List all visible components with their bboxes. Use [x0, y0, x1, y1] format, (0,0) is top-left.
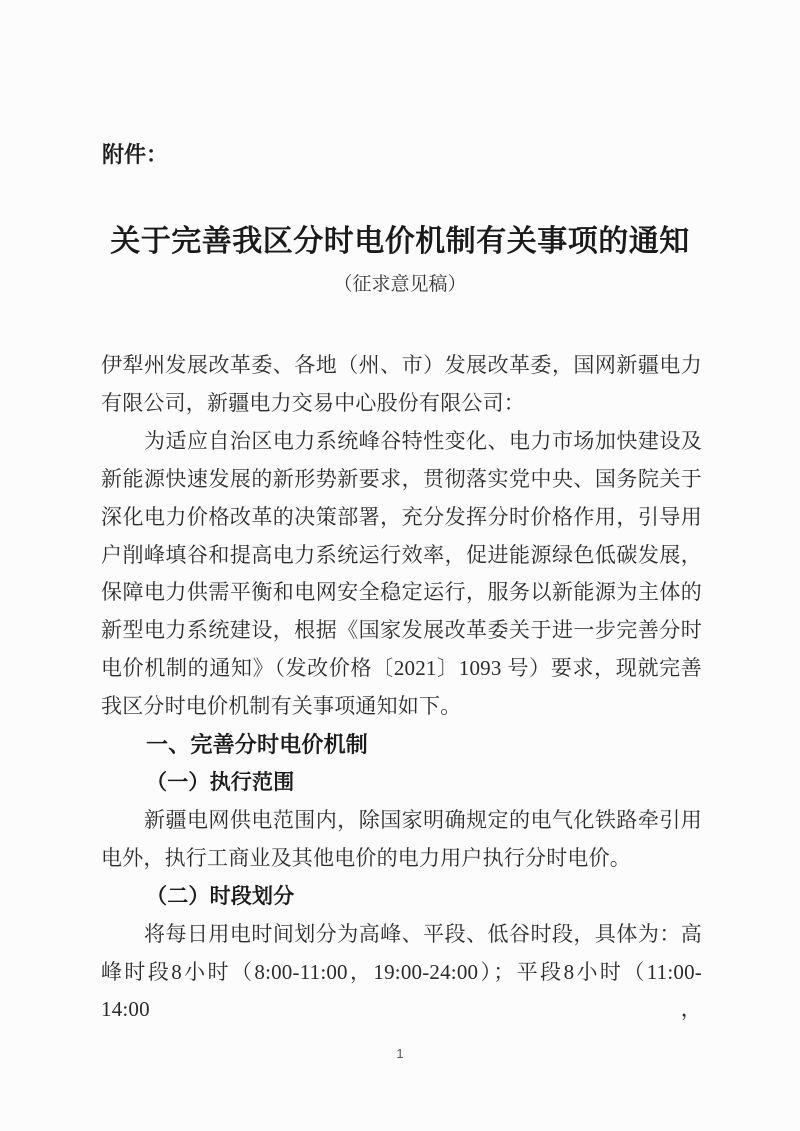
body-line: 我区分时电价机制有关事项通知如下。 — [101, 688, 702, 726]
subsection-heading: （二）时段划分 — [101, 878, 702, 916]
document-title: 关于完善我区分时电价机制有关事项的通知 — [0, 216, 800, 260]
section-heading: 一、完善分时电价机制 — [101, 726, 702, 764]
body-line: 峰时段8小时（8:00-11:00，19:00-24:00）；平段8小时（11:… — [101, 954, 702, 1030]
attachment-label: 附件： — [102, 138, 168, 169]
page-number: 1 — [0, 1046, 800, 1061]
document-body: 伊犁州发展改革委、各地（州、市）发展改革委，国网新疆电力 有限公司，新疆电力交易… — [101, 347, 702, 1029]
body-line: 将每日用电时间划分为高峰、平段、低谷时段，具体为：高 — [101, 916, 702, 954]
body-line: 新能源快速发展的新形势新要求，贯彻落实党中央、国务院关于 — [101, 461, 702, 499]
body-line: 新型电力系统建设，根据《国家发展改革委关于进一步完善分时 — [101, 612, 702, 650]
subsection-heading: （一）执行范围 — [101, 764, 702, 802]
body-line: 电外，执行工商业及其他电价的电力用户执行分时电价。 — [101, 840, 702, 878]
body-line: 为适应自治区电力系统峰谷特性变化、电力市场加快建设及 — [101, 423, 702, 461]
body-line: 户削峰填谷和提高电力系统运行效率，促进能源绿色低碳发展， — [101, 537, 702, 575]
body-line: 电价机制的通知》（发改价格〔2021〕1093 号）要求，现就完善 — [101, 650, 702, 688]
body-line: 伊犁州发展改革委、各地（州、市）发展改革委，国网新疆电力 — [101, 347, 702, 385]
document-subtitle: （征求意见稿） — [0, 269, 800, 296]
body-line: 新疆电网供电范围内，除国家明确规定的电气化铁路牵引用 — [101, 802, 702, 840]
body-line: 有限公司，新疆电力交易中心股份有限公司： — [101, 385, 702, 423]
body-line: 保障电力供需平衡和电网安全稳定运行，服务以新能源为主体的 — [101, 574, 702, 612]
body-line: 深化电力价格改革的决策部署，充分发挥分时价格作用，引导用 — [101, 499, 702, 537]
document-page: 附件： 关于完善我区分时电价机制有关事项的通知 （征求意见稿） 伊犁州发展改革委… — [0, 0, 800, 1131]
